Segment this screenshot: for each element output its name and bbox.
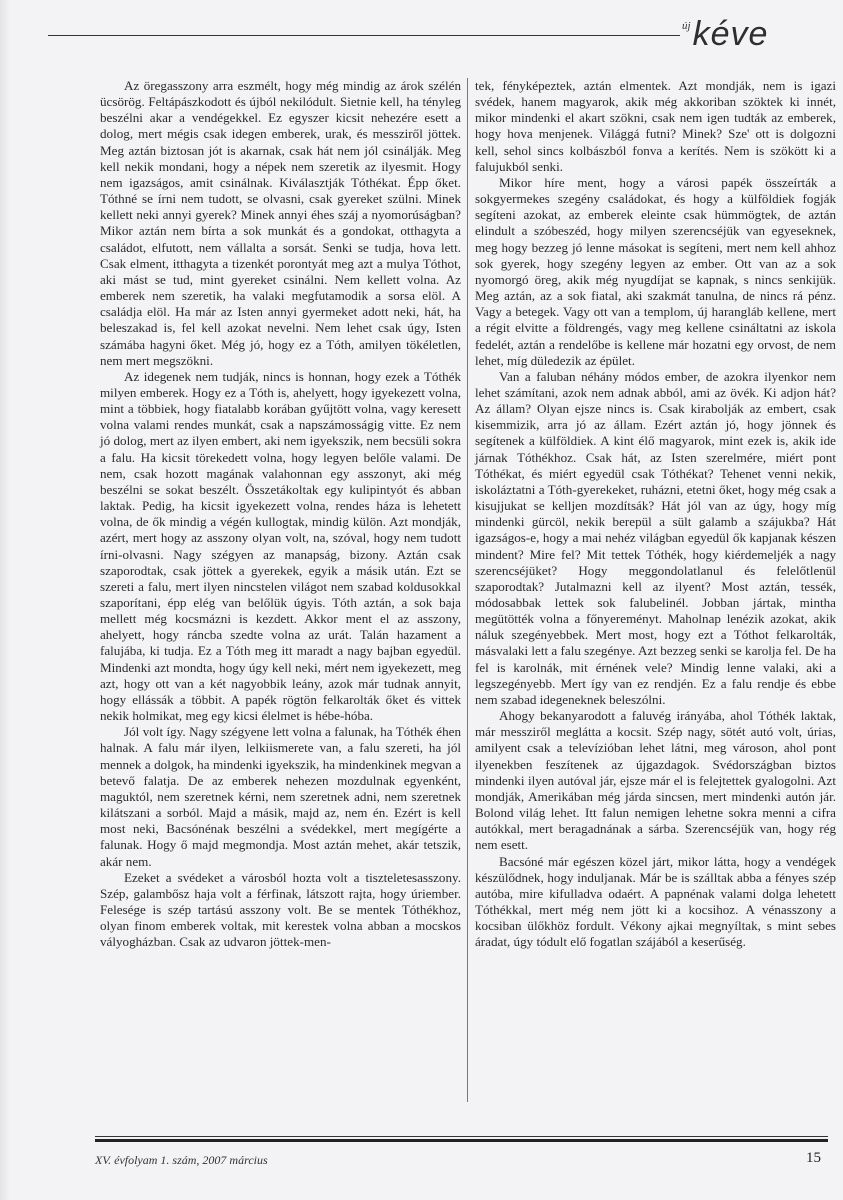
text-column-right: tek, fényképeztek, aztán elmentek. Azt m…	[475, 78, 836, 950]
paragraph: Ezeket a svédeket a városból hozta volt …	[100, 870, 461, 951]
logo-prefix: új	[682, 20, 691, 32]
magazine-logo: új kéve	[682, 14, 768, 54]
header-rule	[48, 35, 680, 36]
issue-info: XV. évfolyam 1. szám, 2007 március	[95, 1153, 268, 1168]
paragraph: Ahogy bekanyarodott a faluvég irányába, …	[475, 708, 836, 853]
paragraph: Jól volt így. Nagy szégyene lett volna a…	[100, 724, 461, 869]
paragraph: Az öregasszony arra eszmélt, hogy még mi…	[100, 78, 461, 369]
column-divider	[467, 78, 468, 1102]
page-number: 15	[806, 1150, 821, 1167]
paragraph: Van a faluban néhány módos ember, de azo…	[475, 369, 836, 708]
paragraph: Az idegenek nem tudják, nincs is honnan,…	[100, 369, 461, 724]
footer-rule	[95, 1136, 828, 1142]
text-column-left: Az öregasszony arra eszmélt, hogy még mi…	[100, 78, 461, 950]
logo-title: kéve	[693, 14, 769, 54]
page-edge-shadow	[0, 0, 10, 1200]
paragraph-continued: tek, fényképeztek, aztán elmentek. Azt m…	[475, 78, 836, 175]
paragraph: Mikor híre ment, hogy a városi papék öss…	[475, 175, 836, 369]
paragraph: Bacsóné már egészen közel járt, mikor lá…	[475, 854, 836, 951]
